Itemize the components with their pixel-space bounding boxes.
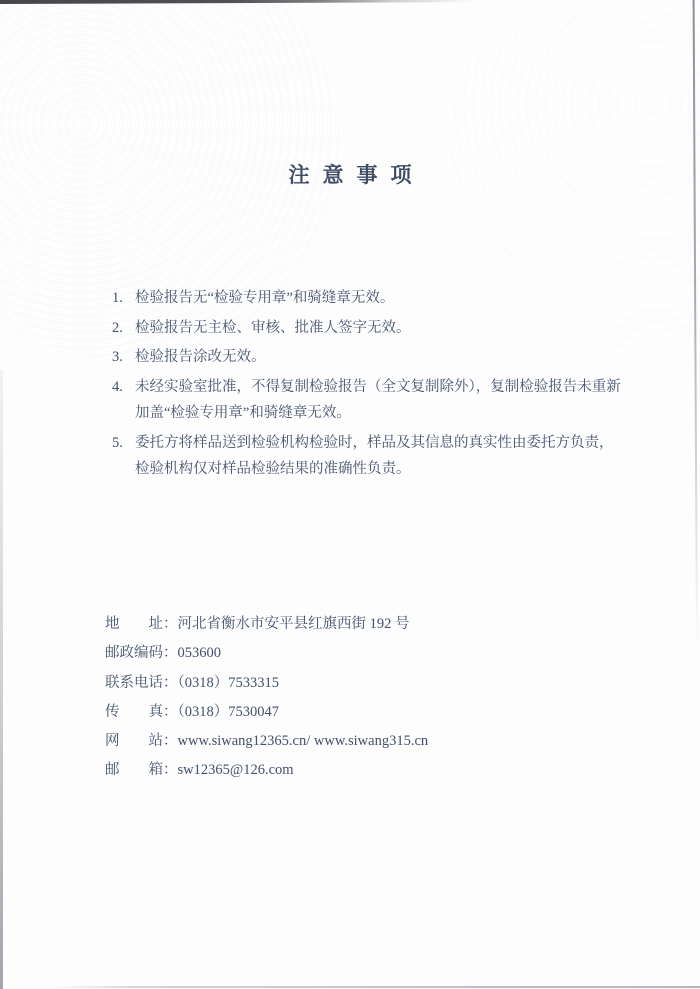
contact-label: 传 真： bbox=[105, 704, 178, 720]
contact-row-address: 地 址：河北省衡水市安平县红旗西街 192 号 bbox=[105, 610, 428, 639]
contact-value: 053600 bbox=[178, 645, 222, 661]
contact-label: 网 站： bbox=[105, 733, 178, 749]
scan-edge-left bbox=[0, 370, 3, 989]
scan-edge-bottom bbox=[50, 986, 700, 988]
contact-label: 邮 箱： bbox=[105, 762, 178, 778]
contact-label: 联系电话： bbox=[105, 675, 178, 691]
notice-number: 5. bbox=[112, 430, 123, 457]
contact-row-email: 邮 箱：sw12365@126.com bbox=[105, 756, 428, 785]
notice-item: 1. 检验报告无“检验专用章”和骑缝章无效。 bbox=[112, 285, 638, 312]
contact-value: sw12365@126.com bbox=[178, 762, 294, 778]
contact-value: （0318）7533315 bbox=[178, 675, 280, 691]
contact-row-website: 网 站：www.siwang12365.cn/ www.siwang315.cn bbox=[105, 727, 428, 756]
contact-value: www.siwang12365.cn/ www.siwang315.cn bbox=[178, 733, 429, 749]
contact-value: 河北省衡水市安平县红旗西街 192 号 bbox=[178, 616, 410, 632]
notice-item: 3. 检验报告涂改无效。 bbox=[112, 344, 638, 371]
notice-text: 检验报告涂改无效。 bbox=[135, 349, 266, 365]
notice-item: 5. 委托方将样品送到检验机构检验时，样品及其信息的真实性由委托方负责， 检验机… bbox=[112, 430, 638, 483]
notice-text: 未经实验室批准，不得复制检验报告（全文复制除外），复制检验报告未重新 加盖“检验… bbox=[135, 379, 621, 422]
notice-list: 1. 检验报告无“检验专用章”和骑缝章无效。 2. 检验报告无主检、审核、批准人… bbox=[112, 285, 638, 486]
scan-edge-right bbox=[693, 0, 698, 650]
notice-number: 1. bbox=[112, 285, 123, 312]
notice-item: 2. 检验报告无主检、审核、批准人签字无效。 bbox=[112, 315, 638, 342]
contact-row-fax: 传 真：（0318）7530047 bbox=[105, 698, 428, 727]
page-title: 注意事项 bbox=[0, 162, 700, 188]
notice-number: 2. bbox=[112, 315, 123, 342]
contact-value: （0318）7530047 bbox=[178, 704, 280, 720]
notice-item: 4. 未经实验室批准，不得复制检验报告（全文复制除外），复制检验报告未重新 加盖… bbox=[112, 374, 638, 427]
notice-text: 检验报告无主检、审核、批准人签字无效。 bbox=[135, 320, 411, 336]
notice-number: 4. bbox=[112, 374, 123, 401]
contact-label: 邮政编码： bbox=[105, 645, 178, 661]
scan-edge-top bbox=[0, 0, 580, 4]
notice-text: 检验报告无“检验专用章”和骑缝章无效。 bbox=[135, 290, 394, 306]
contact-block: 地 址：河北省衡水市安平县红旗西街 192 号 邮政编码：053600 联系电话… bbox=[105, 610, 428, 786]
contact-label: 地 址： bbox=[105, 616, 178, 632]
notice-text: 委托方将样品送到检验机构检验时，样品及其信息的真实性由委托方负责， 检验机构仅对… bbox=[135, 435, 614, 478]
scanned-document-page: 注意事项 1. 检验报告无“检验专用章”和骑缝章无效。 2. 检验报告无主检、审… bbox=[0, 0, 700, 989]
contact-row-postcode: 邮政编码：053600 bbox=[105, 639, 428, 668]
notice-number: 3. bbox=[112, 344, 123, 371]
contact-row-phone: 联系电话：（0318）7533315 bbox=[105, 669, 428, 698]
